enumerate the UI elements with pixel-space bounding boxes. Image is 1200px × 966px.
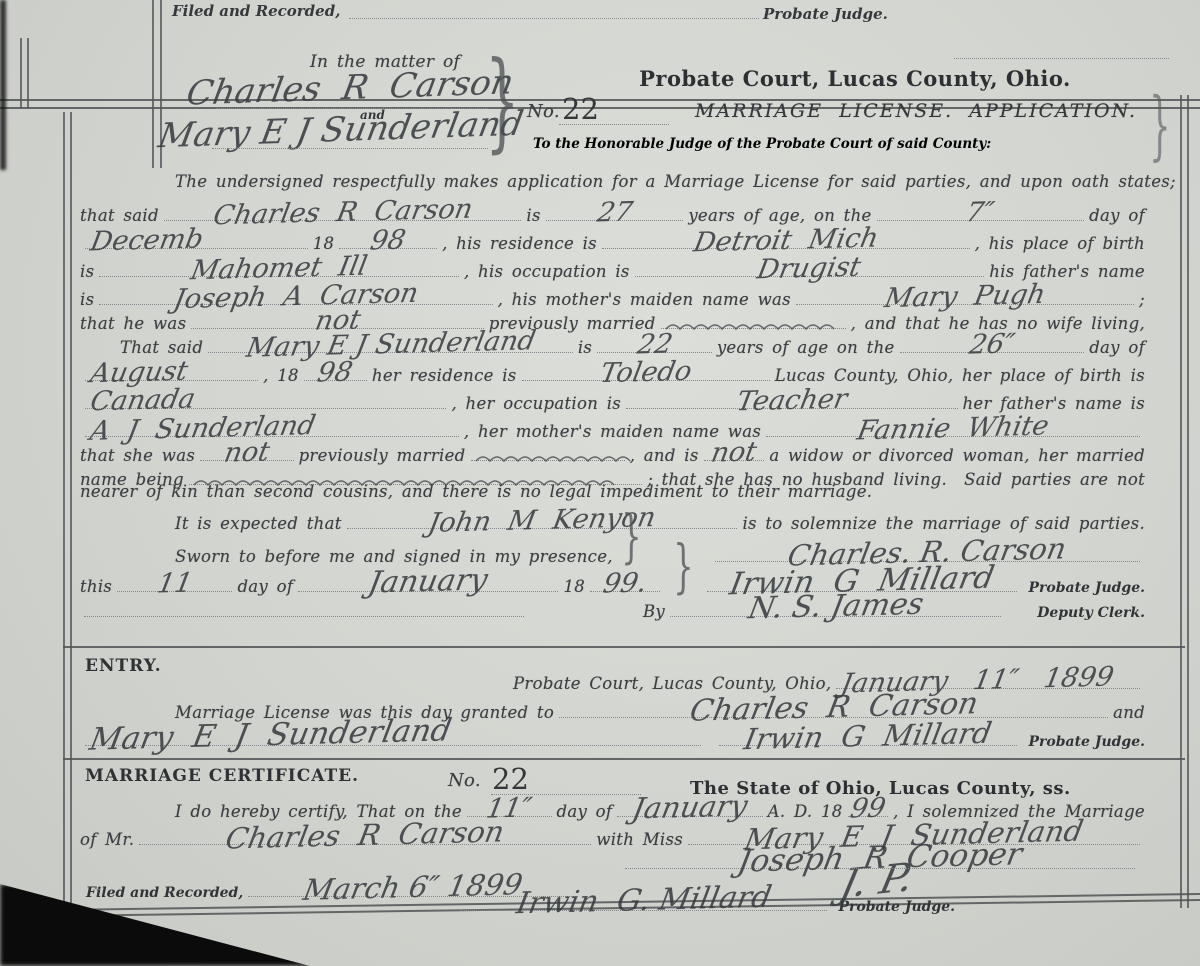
blank-line: 27 [546,200,684,221]
printed-text: Marriage License was this day granted to [175,703,554,722]
printed-text: day of [557,802,613,821]
handwritten-entry: 22 [634,329,674,361]
blank-line: Drugist [635,256,985,277]
printed-text: her residence is [372,366,517,385]
blank-line: Charles R Carson [164,200,522,221]
printed-text: , and is [630,446,699,465]
scanned-marriage-record: Filed and Recorded, Probate Judge. In th… [0,0,1200,966]
blank-line: January [617,796,762,817]
document-title: MARRIAGE LICENSE. APPLICATION. [695,100,1137,122]
handwritten-entry: 11″ [484,792,534,824]
ruled-line [954,38,1169,59]
printed-text: day of [1089,206,1145,225]
prev-filed-label: Filed and Recorded, [172,2,340,20]
ruled-line [84,596,524,617]
printed-text: her father's name is [963,394,1146,413]
vertical-rule [20,38,22,108]
printed-text: Deputy Clerk. [1037,605,1145,621]
handwritten-entry: Drugist [755,252,864,286]
squiggle-mark [661,308,846,329]
printed-text: , his residence is [442,234,597,253]
blank-line: Irwin G. Millard [460,890,827,911]
prev-judge-label: Probate Judge. [763,5,888,23]
printed-text: , her occupation is [451,394,621,413]
handwritten-entry: Decemb [88,224,206,258]
printed-text: , his place of birth [975,234,1145,253]
case-no-label: No. [527,101,560,122]
handwritten-entry: 99 [848,793,888,825]
form-row: that saidCharles R Carsonis27years of ag… [80,200,1145,225]
brace-glyph: } [1149,88,1170,163]
printed-text: ; [1139,290,1145,309]
form-row: of Mr.Charles R Carsonwith MissMary E J … [80,824,1145,849]
blank-line: 11 [117,571,232,592]
spacer [706,745,714,746]
vertical-rule [63,112,65,908]
form-row: Canada, her occupation isTeacherher fath… [80,388,1145,413]
form-row: Decemb1898, his residence isDetroit Mich… [80,228,1145,253]
blank-line: January [298,571,558,592]
form-row: isJoseph A Carson, his mother's maiden n… [80,284,1145,309]
blank-line: August [85,360,258,381]
handwritten-entry: Mary E J Sunderland [243,325,537,364]
blank-line: 98 [304,360,367,381]
printed-text: previously married [299,446,466,465]
blank-line: 99. [590,571,660,592]
printed-text: That said [120,338,203,357]
printed-text: his father's name [989,262,1145,281]
vertical-rule [70,112,72,908]
form-row: Probate Court, Lucas County, Ohio,Januar… [513,668,1145,693]
blank-line: Detroit Mich [602,228,970,249]
brace-glyph: } [621,526,641,546]
printed-text: It is expected that [175,514,342,533]
printed-text: nearer of kin than second cousins, and t… [80,482,872,501]
blank-line: 99 [848,796,889,817]
printed-text: I do hereby certify, That on the [175,802,462,821]
ruled-line [491,774,641,795]
handwritten-entry: 98 [368,225,408,257]
handwritten-entry: 98 [315,357,355,389]
printed-text: 18 [563,577,585,596]
vertical-rule [1180,95,1182,908]
handwritten-entry: January [366,562,491,600]
handwritten-entry: Mahomet Ill [188,251,370,287]
form-row: nearer of kin than second cousins, and t… [80,482,1145,501]
form-row: that she wasnotpreviously married, and i… [80,440,1145,465]
ruled-line [559,104,669,125]
blank-line: Charles R Carson [559,697,1108,718]
spacer [528,616,643,617]
handwritten-entry: 27 [594,197,634,229]
printed-text: Probate Court, Lucas County, Ohio, [513,674,831,693]
printed-text: day of [237,577,293,596]
printed-text: , 18 [263,366,299,385]
handwritten-entry: Canada [88,384,198,418]
printed-text: previously married [489,314,656,333]
spacer [1006,616,1031,617]
form-row: this11day ofJanuary1899.}Irwin G Millard… [80,562,1145,596]
printed-text: years of age on the [717,338,895,357]
form-row: Marriage License was this day granted to… [80,697,1145,722]
handwritten-entry: 99. [601,567,650,599]
form-row: Sworn to before me and signed in my pres… [80,532,1145,566]
form-row: That saidMary E J Sunderlandis22years of… [80,332,1145,357]
blank-line: Fannie White [766,416,1140,437]
printed-text: that said [80,206,159,225]
printed-text: is [80,290,94,309]
printed-text: this [80,577,112,596]
printed-text: Probate Judge. [838,899,955,915]
brace-glyph: } [485,48,519,156]
printed-text: Lucas County, Ohio, her place of birth i… [775,366,1145,385]
form-row: Mary E J SunderlandIrwin G MillardProbat… [80,725,1145,750]
blank-line: Canada [85,388,446,409]
printed-text: is to solemnize the marriage of said par… [742,514,1145,533]
blank-line: John M Kenyon [347,508,738,529]
blank-line: 7″ [877,200,1085,221]
form-row: ByN. S. JamesDeputy Clerk. [80,596,1145,621]
handwritten-entry: Charles R Carson [210,194,474,232]
printed-text: The undersigned respectfully makes appli… [175,172,1176,191]
printed-text: , and that he has no wife living, [851,314,1145,333]
blank-line: Mary E J Sunderland [208,332,573,353]
blank-line: 22 [597,332,712,353]
vertical-rule [152,0,154,168]
blank-line: not [191,308,483,329]
printed-text: of Mr. [80,830,134,849]
printed-text: , his mother's maiden name was [498,290,791,309]
blank-line: Mary Pugh [796,284,1134,305]
vertical-rule [1187,95,1189,908]
form-row: A J Sunderland, her mother's maiden name… [80,416,1145,441]
blank-line: Joseph A Carson [99,284,492,305]
entry-heading: ENTRY. [85,656,162,676]
brace-glyph: } [674,556,694,576]
court-header: Probate Court, Lucas County, Ohio. [620,66,1090,91]
printed-text: 18 [313,234,335,253]
vertical-rule [27,38,29,108]
blank-line: not [200,440,293,461]
blank-line: Joseph R Cooper [625,848,1135,869]
printed-text: is [526,206,540,225]
printed-text: By [643,602,665,621]
printed-text: Probate Judge. [1028,580,1145,596]
form-row: Joseph R Cooper [620,848,1140,869]
blank-line: Irwin G Millard [707,571,1017,592]
handwritten-entry: Detroit Mich [691,223,881,259]
printed-text: A. D. 18 [768,802,843,821]
blank-line: N. S. James [670,596,1001,617]
salutation: To the Honorable Judge of the Probate Co… [533,136,991,152]
handwritten-entry: January 11″ 1899 [839,661,1117,699]
blank-line: A J Sunderland [85,416,459,437]
blank-line: 98 [339,228,437,249]
squiggle-mark [471,440,625,461]
printed-text: with Miss [596,830,683,849]
handwritten-entry: Teacher [734,384,850,418]
printed-text: that he was [80,314,186,333]
form-row: isMahomet Ill, his occupation isDrugisth… [80,256,1145,281]
section-divider [63,758,1185,760]
printed-text: , his occupation is [464,262,630,281]
blank-line: January 11″ 1899 [836,668,1140,689]
blank-line: Mary E J Sunderland [85,725,701,746]
certificate-no-label: No. [448,770,481,791]
scan-edge-shadow [0,0,6,170]
handwritten-entry: 7″ [964,197,997,229]
blank-line: Toledo [522,360,770,381]
form-row: The undersigned respectfully makes appli… [80,172,1145,191]
blank-line: Irwin G Millard [719,725,1017,746]
ruled-line [212,128,488,149]
ruled-line [349,0,759,19]
printed-text: Filed and Recorded, [86,885,243,901]
printed-text: that she was [80,446,195,465]
printed-text: and [1113,703,1145,722]
blank-line: Charles. R. Carson [715,541,1140,562]
printed-text: , her mother's maiden name was [464,422,761,441]
form-row: Irwin G. MillardProbate Judge. [455,890,955,915]
handwritten-entry: August [88,356,191,390]
handwritten-entry: 26″ [967,328,1017,360]
handwritten-entry: 11 [155,568,195,600]
printed-text: years of age, on the [688,206,871,225]
handwritten-entry: Toledo [597,356,694,389]
blank-line: Charles R Carson [139,824,591,845]
printed-text: day of [1089,338,1145,357]
blank-line: not [704,440,765,461]
form-row: I do hereby certify, That on the11″day o… [80,796,1145,821]
printed-text: is [578,338,592,357]
blank-line: Mahomet Ill [99,256,459,277]
printed-text: Probate Judge. [1028,734,1145,750]
form-row: August, 1898her residence isToledoLucas … [80,360,1145,385]
printed-text: , I solemnized the Marriage [893,802,1145,821]
printed-text: a widow or divorced woman, her married [769,446,1145,465]
form-row: It is expected thatJohn M Kenyonis to so… [80,508,1145,533]
blank-line: Mary E J Sunderland [688,824,1140,845]
printed-text: is [80,262,94,281]
section-divider [63,646,1185,648]
form-row: that he wasnotpreviously married, and th… [80,308,1145,333]
blank-line: Teacher [626,388,957,409]
blank-line: Decemb [85,228,308,249]
blank-line: 26″ [900,332,1085,353]
blank-line: 11″ [467,796,552,817]
certificate-heading: MARRIAGE CERTIFICATE. [85,766,359,786]
